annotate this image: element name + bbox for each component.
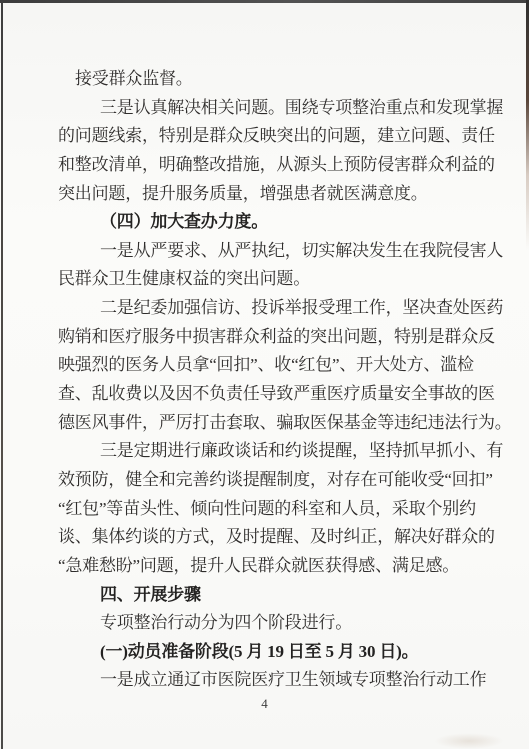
document-line: 映强烈的医务人员拿“回扣”、收“红包”、开大处方、滥检 — [58, 351, 498, 380]
scan-edge-left — [1, 0, 3, 749]
document-line: “急难愁盼”问题，提升人民群众就医获得感、满足感。 — [58, 552, 498, 581]
document-line: “红包”等苗头性、倾向性问题的科室和人员，采取个别约 — [58, 495, 498, 524]
document-line: 一是从严要求、从严执纪，切实解决发生在我院侵害人 — [58, 237, 498, 266]
scanned-document-page: 接受群众监督。三是认真解决相关问题。围绕专项整治重点和发现掌握的问题线索，特别是… — [0, 0, 529, 749]
document-line: 效预防，健全和完善约谈提醒制度，对存在可能收受“回扣” — [58, 466, 498, 495]
document-line: 购销和医疗服务中损害群众利益的突出问题，特别是群众反 — [58, 323, 498, 352]
document-line: 三是定期进行廉政谈话和约谈提醒，坚持抓早抓小、有 — [58, 437, 498, 466]
document-line: 二是纪委加强信访、投诉举报受理工作，坚决查处医药 — [58, 294, 498, 323]
document-line: 接受群众监督。 — [58, 65, 498, 94]
document-line: 一是成立通辽市医院医疗卫生领域专项整治行动工作 — [58, 666, 498, 695]
document-line: 突出问题，提升服务质量，增强患者就医满意度。 — [58, 180, 498, 209]
document-line: 四、开展步骤 — [58, 581, 498, 610]
document-line: 三是认真解决相关问题。围绕专项整治重点和发现掌握 — [58, 94, 498, 123]
document-line: 和整改清单，明确整改措施，从源头上预防侵害群众利益的 — [58, 151, 498, 180]
document-line: 的问题线索，特别是群众反映突出的问题，建立问题、责任 — [58, 122, 498, 151]
document-body: 接受群众监督。三是认真解决相关问题。围绕专项整治重点和发现掌握的问题线索，特别是… — [58, 65, 498, 695]
page-number: 4 — [0, 696, 529, 712]
document-line: 民群众卫生健康权益的突出问题。 — [58, 265, 498, 294]
document-line: （四）加大查办力度。 — [58, 208, 498, 237]
document-line: (一)动员准备阶段(5 月 19 日至 5 月 30 日)。 — [58, 638, 498, 667]
document-line: 德医风事件，严厉打击套取、骗取医保基金等违纪违法行为。 — [58, 409, 498, 438]
document-line: 谈、集体约谈的方式，及时提醒、及时纠正，解决好群众的 — [58, 523, 498, 552]
scan-smudge — [434, 733, 504, 749]
scan-edge-top — [0, 0, 529, 3]
document-line: 专项整治行动分为四个阶段进行。 — [58, 609, 498, 638]
document-line: 查、乱收费以及因不负责任导致严重医疗质量安全事故的医 — [58, 380, 498, 409]
